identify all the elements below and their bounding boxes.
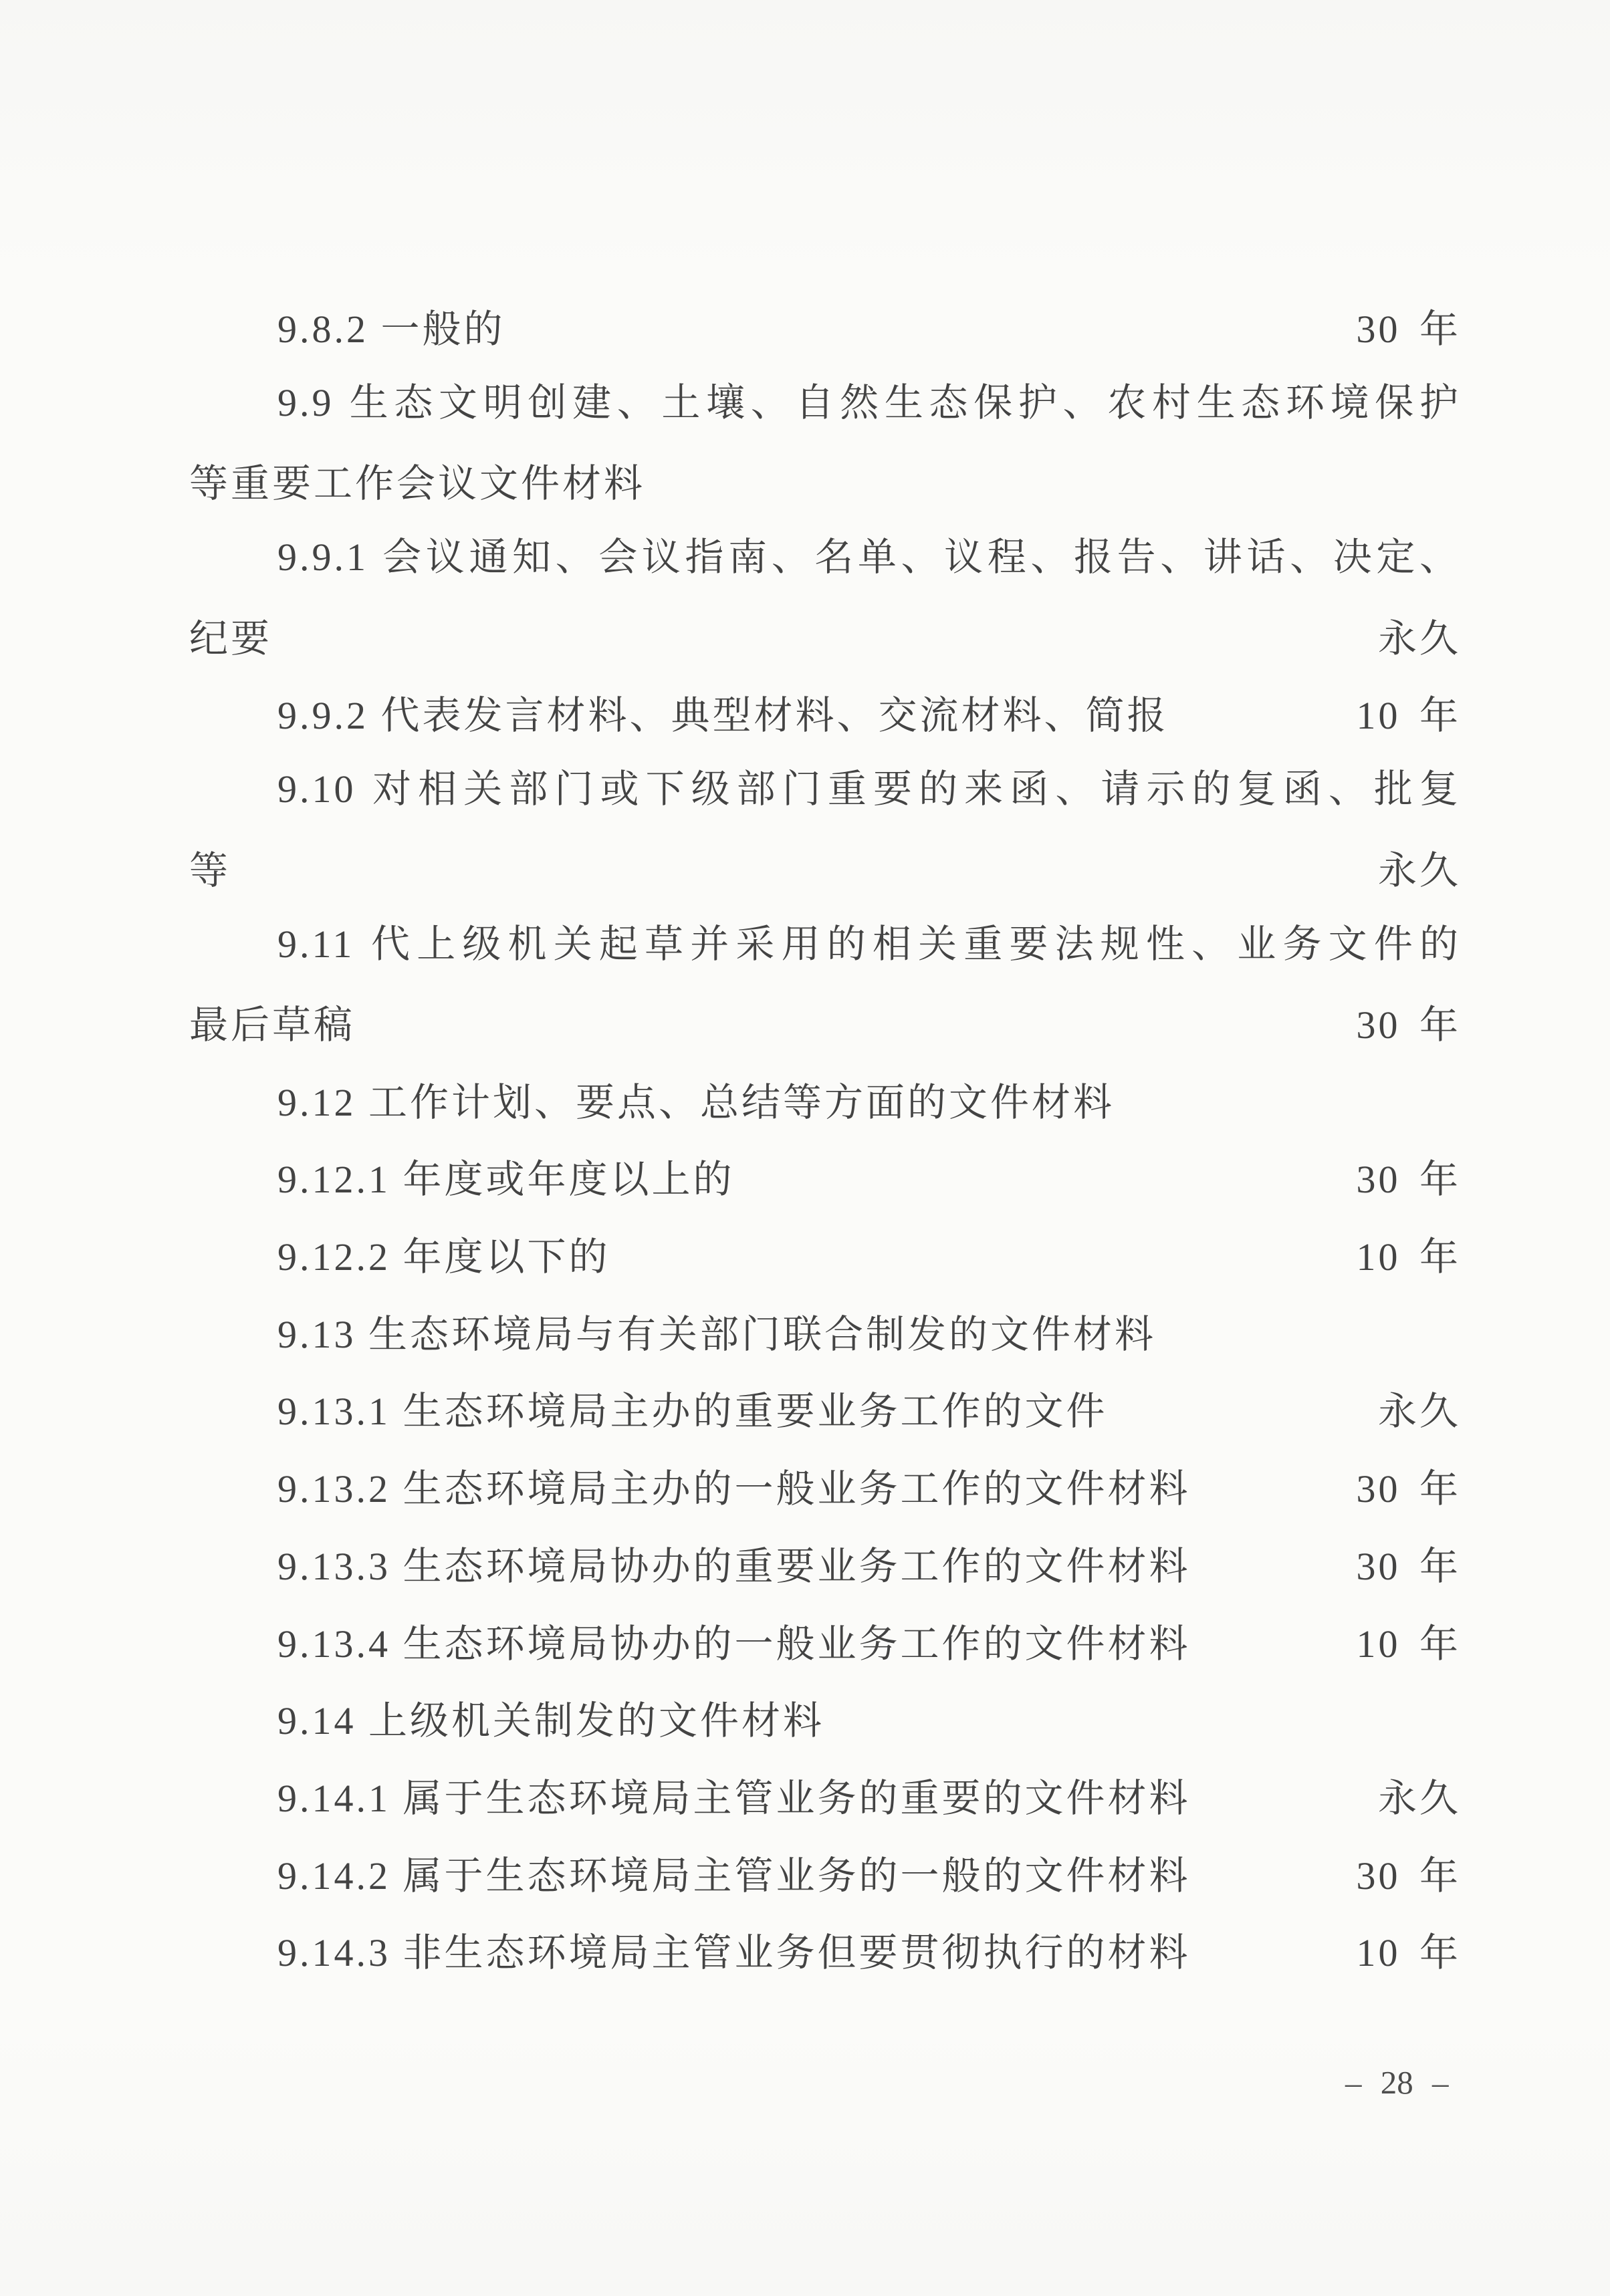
retention-period: 永久 [1378,607,1461,663]
line-text: 9.9 生态文明创建、土壤、自然生态保护、农村生态环境保护 [277,381,1461,424]
line-text: 最后草稿 [189,993,355,1049]
retention-period: 10 年 [1356,684,1461,740]
document-line: 9.11 代上级机关起草并采用的相关重要法规性、业务文件的 [189,906,1461,983]
retention-period: 10 年 [1356,1921,1461,1977]
retention-period: 10 年 [1356,1225,1461,1281]
retention-period: 永久 [1378,1767,1461,1823]
document-line: 9.13.2 生态环境局主办的一般业务工作的文件材料30 年 [189,1446,1461,1524]
document-line: 9.10 对相关部门或下级部门重要的来函、请示的复函、批复 [189,751,1461,828]
document-line: 9.9.1 会议通知、会议指南、名单、议程、报告、讲话、决定、 [189,519,1461,596]
line-text: 9.14 上级机关制发的文件材料 [189,1689,824,1745]
document-line: 9.12.2 年度以下的10 年 [189,1215,1461,1292]
retention-period: 30 年 [1356,297,1461,354]
retention-period: 10 年 [1356,1612,1461,1668]
line-text: 9.9.1 会议通知、会议指南、名单、议程、报告、讲话、决定、 [277,535,1461,579]
document-line: 9.14.3 非生态环境局主管业务但要贯彻执行的材料10 年 [189,1910,1461,1988]
document-line: 9.12 工作计划、要点、总结等方面的文件材料 [189,1060,1461,1138]
document-line: 9.9 生态文明创建、土壤、自然生态保护、农村生态环境保护 [189,364,1461,442]
page-footer: – 28 – [1345,2063,1449,2103]
scanned-document-page: 9.8.2 一般的30 年9.9 生态文明创建、土壤、自然生态保护、农村生态环境… [0,0,1610,2296]
line-text: 9.14.3 非生态环境局主管业务但要贯彻执行的材料 [189,1921,1191,1977]
page-number: – 28 – [1345,2064,1449,2101]
document-line: 等永久 [189,828,1461,906]
document-line: 9.14 上级机关制发的文件材料 [189,1678,1461,1756]
retention-period: 30 年 [1356,1844,1461,1900]
line-text: 等重要工作会议文件材料 [189,452,645,508]
line-text: 9.12 工作计划、要点、总结等方面的文件材料 [189,1071,1115,1127]
retention-period: 30 年 [1356,993,1461,1049]
line-text: 等 [189,839,231,895]
document-line: 纪要永久 [189,596,1461,674]
line-text: 9.12.2 年度以下的 [189,1225,610,1281]
document-line: 等重要工作会议文件材料 [189,441,1461,519]
line-text: 9.12.1 年度或年度以上的 [189,1148,735,1204]
line-text: 9.14.2 属于生态环境局主管业务的一般的文件材料 [189,1844,1191,1900]
document-line: 9.8.2 一般的30 年 [189,287,1461,364]
document-line: 9.14.1 属于生态环境局主管业务的重要的文件材料永久 [189,1756,1461,1833]
document-line: 9.13.3 生态环境局协办的重要业务工作的文件材料30 年 [189,1524,1461,1602]
line-text: 9.13.1 生态环境局主办的重要业务工作的文件 [189,1380,1108,1436]
line-text: 9.13.3 生态环境局协办的重要业务工作的文件材料 [189,1535,1191,1591]
retention-period: 永久 [1378,839,1461,895]
line-text: 纪要 [189,607,272,663]
line-text: 9.14.1 属于生态环境局主管业务的重要的文件材料 [189,1767,1191,1823]
document-line: 最后草稿30 年 [189,983,1461,1060]
line-text: 9.10 对相关部门或下级部门重要的来函、请示的复函、批复 [277,767,1461,811]
line-text: 9.13.4 生态环境局协办的一般业务工作的文件材料 [189,1612,1191,1668]
line-text: 9.9.2 代表发言材料、典型材料、交流材料、简报 [189,684,1169,740]
document-line: 9.14.2 属于生态环境局主管业务的一般的文件材料30 年 [189,1833,1461,1911]
document-line: 9.13 生态环境局与有关部门联合制发的文件材料 [189,1292,1461,1370]
retention-period: 30 年 [1356,1457,1461,1513]
document-line: 9.12.1 年度或年度以上的30 年 [189,1138,1461,1215]
line-text: 9.8.2 一般的 [189,297,505,354]
document-line: 9.9.2 代表发言材料、典型材料、交流材料、简报10 年 [189,673,1461,751]
document-line: 9.13.4 生态环境局协办的一般业务工作的文件材料10 年 [189,1602,1461,1679]
line-text: 9.13 生态环境局与有关部门联合制发的文件材料 [189,1303,1156,1359]
document-line: 9.13.1 生态环境局主办的重要业务工作的文件永久 [189,1370,1461,1447]
retention-period: 永久 [1378,1380,1461,1436]
retention-period: 30 年 [1356,1535,1461,1591]
retention-schedule-list: 9.8.2 一般的30 年9.9 生态文明创建、土壤、自然生态保护、农村生态环境… [189,287,1461,1988]
line-text: 9.13.2 生态环境局主办的一般业务工作的文件材料 [189,1457,1191,1513]
retention-period: 30 年 [1356,1148,1461,1204]
line-text: 9.11 代上级机关起草并采用的相关重要法规性、业务文件的 [277,922,1461,966]
